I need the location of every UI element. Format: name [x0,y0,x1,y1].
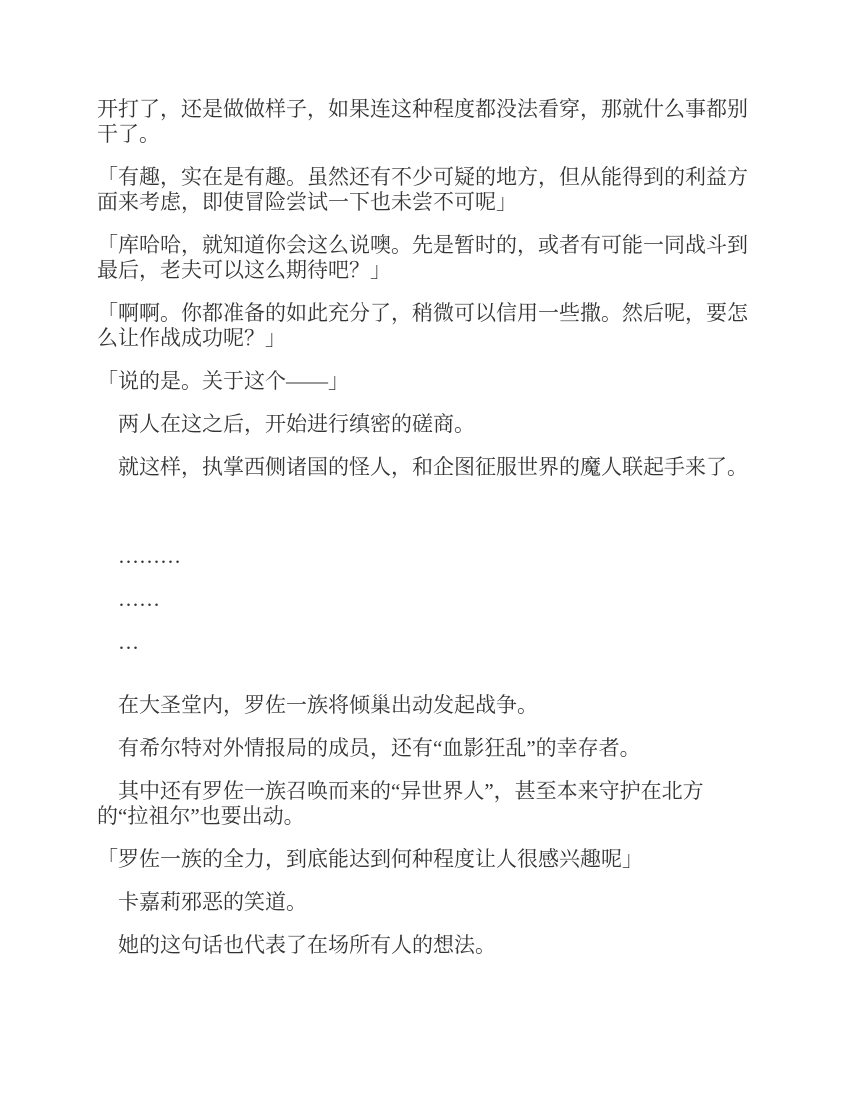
text-line: 她的这句话也代表了在场所有人的想法。 [118,933,496,957]
paragraph: … [97,630,767,655]
text-line: 在大圣堂内，罗佐一族将倾巢出动发起战争。 [118,693,538,717]
text-line: …… [118,587,160,611]
paragraph: 「啊啊。你都准备的如此充分了，稍微可以信用一些撒。然后呢，要怎么让作战成功呢？」 [97,301,767,351]
novel-page: 开打了，还是做做样子，如果连这种程度都没法看穿，那就什么事都别干了。「有趣，实在… [0,0,850,1100]
paragraph: 「有趣，实在是有趣。虽然还有不少可疑的地方，但从能得到的利益方面来考虑，即使冒险… [97,165,767,215]
paragraph: 「库哈哈，就知道你会这么说噢。先是暂时的，或者有可能一同战斗到最后，老夫可以这么… [97,233,767,283]
text-line: 干了。 [97,122,160,146]
text-line: 「说的是。关于这个——」 [97,369,349,393]
novel-text-block: 开打了，还是做做样子，如果连这种程度都没法看穿，那就什么事都别干了。「有趣，实在… [97,97,767,958]
paragraph: ……… [97,544,767,569]
paragraph: 「说的是。关于这个——」 [97,369,767,394]
paragraph: 就这样，执掌西侧诸国的怪人，和企图征服世界的魔人联起手来了。 [97,455,767,480]
paragraph: 卡嘉莉邪恶的笑道。 [97,890,767,915]
text-line: 「有趣，实在是有趣。虽然还有不少可疑的地方，但从能得到的利益方 [97,165,748,189]
paragraph: 开打了，还是做做样子，如果连这种程度都没法看穿，那就什么事都别干了。 [97,97,767,147]
text-line: 有希尔特对外情报局的成员，还有“血影狂乱”的幸存者。 [118,736,641,760]
text-line: 两人在这之后，开始进行缜密的磋商。 [118,412,475,436]
text-line: 「啊啊。你都准备的如此充分了，稍微可以信用一些撒。然后呢，要怎 [97,301,748,325]
text-line: 卡嘉莉邪恶的笑道。 [118,890,307,914]
text-line: 最后，老夫可以这么期待吧？」 [97,258,391,282]
text-line: 面来考虑，即使冒险尝试一下也未尝不可呢」 [97,190,517,214]
text-line: ……… [118,544,181,568]
paragraph: 有希尔特对外情报局的成员，还有“血影狂乱”的幸存者。 [97,736,767,761]
text-line: 开打了，还是做做样子，如果连这种程度都没法看穿，那就什么事都别 [97,97,748,121]
paragraph: 其中还有罗佐一族召唤而来的“异世界人”，甚至本来守护在北方的“拉祖尔”也要出动。 [97,779,767,829]
paragraph: 她的这句话也代表了在场所有人的想法。 [97,933,767,958]
text-line: 其中还有罗佐一族召唤而来的“异世界人”，甚至本来守护在北方 [118,779,704,803]
text-line: 就这样，执掌西侧诸国的怪人，和企图征服世界的魔人联起手来了。 [118,455,748,479]
paragraph: 在大圣堂内，罗佐一族将倾巢出动发起战争。 [97,693,767,718]
paragraph: 两人在这之后，开始进行缜密的磋商。 [97,412,767,437]
paragraph: …… [97,587,767,612]
text-line: 「罗佐一族的全力，到底能达到何种程度让人很感兴趣呢」 [97,847,643,871]
text-line: 「库哈哈，就知道你会这么说噢。先是暂时的，或者有可能一同战斗到 [97,233,748,257]
paragraph: 「罗佐一族的全力，到底能达到何种程度让人很感兴趣呢」 [97,847,767,872]
text-line: 么让作战成功呢？」 [97,326,286,350]
text-line: … [118,630,139,654]
text-line: 的“拉祖尔”也要出动。 [97,804,305,828]
